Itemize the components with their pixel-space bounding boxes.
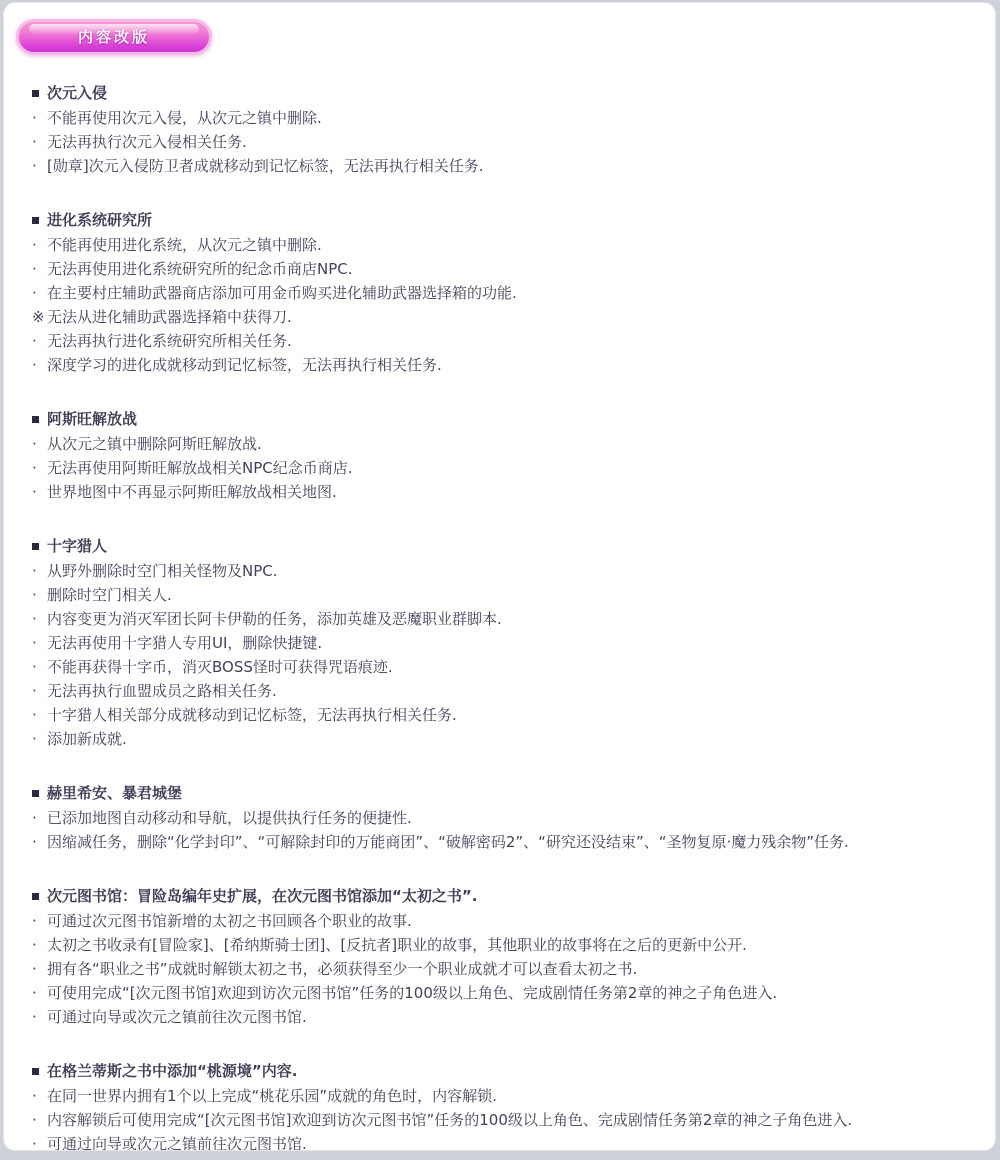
patch-line: · 不能再获得十字币，消灭BOSS怪时可获得咒语痕迹.: [32, 655, 975, 679]
section-title-row: 在格兰蒂斯之书中添加“桃源境”内容.: [32, 1059, 975, 1083]
bullet-marker: ·: [32, 257, 47, 281]
patch-section-4: 赫里希安、暴君城堡 · 已添加地图自动移动和导航，以提供执行任务的便捷性. · …: [32, 781, 975, 854]
bullet-marker: ※: [32, 305, 47, 329]
section-title: 阿斯旺解放战: [47, 407, 137, 431]
patch-line: · 添加新成就.: [32, 727, 975, 751]
patch-line-text: 无法再执行进化系统研究所相关任务.: [47, 329, 292, 353]
square-bullet-icon: [32, 217, 39, 224]
patch-section-5: 次元图书馆：冒险岛编年史扩展，在次元图书馆添加“太初之书”. · 可通过次元图书…: [32, 884, 975, 1029]
bullet-marker: ·: [32, 727, 47, 751]
patch-section-2: 阿斯旺解放战 · 从次元之镇中删除阿斯旺解放战. · 无法再使用阿斯旺解放战相关…: [32, 407, 975, 504]
patch-line: · 内容解锁后可使用完成“[次元图书馆]欢迎到访次元图书馆”任务的100级以上角…: [32, 1108, 975, 1132]
patch-line: · 无法再使用十字猎人专用UI，删除快捷键.: [32, 631, 975, 655]
bullet-marker: ·: [32, 909, 47, 933]
patch-line: · 因缩减任务，删除“化学封印”、“可解除封印的万能商团”、“破解密码2”、“研…: [32, 830, 975, 854]
patch-line-text: 内容解锁后可使用完成“[次元图书馆]欢迎到访次元图书馆”任务的100级以上角色、…: [47, 1108, 852, 1132]
patch-line-text: 从野外删除时空门相关怪物及NPC.: [47, 559, 278, 583]
bullet-marker: ·: [32, 233, 47, 257]
bullet-marker: ·: [32, 456, 47, 480]
patch-line-text: 无法从进化辅助武器选择箱中获得刀.: [47, 305, 292, 329]
patch-line-text: 十字猎人相关部分成就移动到记忆标签，无法再执行相关任务.: [47, 703, 457, 727]
content-revision-button[interactable]: 内容改版: [16, 19, 212, 55]
bullet-marker: ·: [32, 329, 47, 353]
patch-line: · 删除时空门相关人.: [32, 583, 975, 607]
patch-line-text: 无法再使用阿斯旺解放战相关NPC纪念币商店.: [47, 456, 353, 480]
bullet-marker: ·: [32, 106, 47, 130]
bullet-marker: ·: [32, 353, 47, 377]
patch-line: · 在主要村庄辅助武器商店添加可用金币购买进化辅助武器选择箱的功能.: [32, 281, 975, 305]
patch-line: · 从次元之镇中删除阿斯旺解放战.: [32, 432, 975, 456]
section-lines: · 从次元之镇中删除阿斯旺解放战. · 无法再使用阿斯旺解放战相关NPC纪念币商…: [32, 432, 975, 504]
section-title-row: 次元图书馆：冒险岛编年史扩展，在次元图书馆添加“太初之书”.: [32, 884, 975, 908]
patch-line-text: 可通过向导或次元之镇前往次元图书馆.: [47, 1132, 307, 1151]
bullet-marker: ·: [32, 583, 47, 607]
patch-line-text: 在同一世界内拥有1个以上完成“桃花乐园”成就的角色时，内容解锁.: [47, 1084, 497, 1108]
bullet-marker: ·: [32, 1108, 47, 1132]
patch-section-3: 十字猎人 · 从野外删除时空门相关怪物及NPC. · 删除时空门相关人. · 内…: [32, 534, 975, 751]
patch-line-text: 不能再使用次元入侵，从次元之镇中删除.: [47, 106, 322, 130]
content-revision-button-label: 内容改版: [19, 22, 209, 52]
patch-line-text: 无法再使用十字猎人专用UI，删除快捷键.: [47, 631, 322, 655]
patch-line: · 无法再执行次元入侵相关任务.: [32, 130, 975, 154]
patch-line: · 无法再使用阿斯旺解放战相关NPC纪念币商店.: [32, 456, 975, 480]
bullet-marker: ·: [32, 679, 47, 703]
section-title: 进化系统研究所: [47, 208, 152, 232]
patch-line-text: 删除时空门相关人.: [47, 583, 172, 607]
patch-section-1: 进化系统研究所 · 不能再使用进化系统，从次元之镇中删除. · 无法再使用进化系…: [32, 208, 975, 377]
patch-line-text: 可通过次元图书馆新增的太初之书回顾各个职业的故事.: [47, 909, 412, 933]
patch-line: · 无法再执行进化系统研究所相关任务.: [32, 329, 975, 353]
section-title: 次元入侵: [47, 81, 107, 105]
section-lines: · 从野外删除时空门相关怪物及NPC. · 删除时空门相关人. · 内容变更为消…: [32, 559, 975, 751]
section-title: 赫里希安、暴君城堡: [47, 781, 182, 805]
square-bullet-icon: [32, 1068, 39, 1075]
bullet-marker: ·: [32, 1132, 47, 1151]
bullet-marker: ·: [32, 130, 47, 154]
bullet-marker: ·: [32, 559, 47, 583]
patch-line-text: 不能再获得十字币，消灭BOSS怪时可获得咒语痕迹.: [47, 655, 393, 679]
patch-line: · 从野外删除时空门相关怪物及NPC.: [32, 559, 975, 583]
bullet-marker: ·: [32, 1005, 47, 1029]
patch-line-text: 拥有各“职业之书”成就时解锁太初之书，必须获得至少一个职业成就才可以查看太初之书…: [47, 957, 637, 981]
patch-line: · 无法再使用进化系统研究所的纪念币商店NPC.: [32, 257, 975, 281]
bullet-marker: ·: [32, 154, 47, 178]
bullet-marker: ·: [32, 281, 47, 305]
section-title-row: 次元入侵: [32, 81, 975, 105]
patch-line-text: 在主要村庄辅助武器商店添加可用金币购买进化辅助武器选择箱的功能.: [47, 281, 517, 305]
section-title: 十字猎人: [47, 534, 107, 558]
section-title-row: 阿斯旺解放战: [32, 407, 975, 431]
card-inner: 内容改版 次元入侵 · 不能再使用次元入侵，从次元之镇中删除. · 无法再执行次…: [4, 3, 995, 1151]
patch-line: · 无法再执行血盟成员之路相关任务.: [32, 679, 975, 703]
section-lines: · 不能再使用次元入侵，从次元之镇中删除. · 无法再执行次元入侵相关任务. ·…: [32, 106, 975, 178]
patch-section-0: 次元入侵 · 不能再使用次元入侵，从次元之镇中删除. · 无法再执行次元入侵相关…: [32, 81, 975, 178]
content-card: 内容改版 次元入侵 · 不能再使用次元入侵，从次元之镇中删除. · 无法再执行次…: [3, 2, 996, 1151]
section-title: 在格兰蒂斯之书中添加“桃源境”内容.: [47, 1059, 297, 1083]
bullet-marker: ·: [32, 655, 47, 679]
patch-line: · 世界地图中不再显示阿斯旺解放战相关地图.: [32, 480, 975, 504]
patch-line: · 太初之书收录有[冒险家]、[希纳斯骑士团]、[反抗者]职业的故事，其他职业的…: [32, 933, 975, 957]
bullet-marker: ·: [32, 806, 47, 830]
section-title: 次元图书馆：冒险岛编年史扩展，在次元图书馆添加“太初之书”.: [47, 884, 477, 908]
patch-line-text: 无法再使用进化系统研究所的纪念币商店NPC.: [47, 257, 353, 281]
patch-line-text: 已添加地图自动移动和导航，以提供执行任务的便捷性.: [47, 806, 412, 830]
bullet-marker: ·: [32, 957, 47, 981]
bullet-marker: ·: [32, 631, 47, 655]
patch-line-text: 太初之书收录有[冒险家]、[希纳斯骑士团]、[反抗者]职业的故事，其他职业的故事…: [47, 933, 747, 957]
bullet-marker: ·: [32, 703, 47, 727]
patch-line-text: 内容变更为消灭军团长阿卡伊勒的任务，添加英雄及恶魔职业群脚本.: [47, 607, 502, 631]
patch-line-text: [勋章]次元入侵防卫者成就移动到记忆标签，无法再执行相关任务.: [47, 154, 483, 178]
bullet-marker: ·: [32, 981, 47, 1005]
square-bullet-icon: [32, 90, 39, 97]
section-lines: · 可通过次元图书馆新增的太初之书回顾各个职业的故事. · 太初之书收录有[冒险…: [32, 909, 975, 1029]
patch-section-6: 在格兰蒂斯之书中添加“桃源境”内容. · 在同一世界内拥有1个以上完成“桃花乐园…: [32, 1059, 975, 1151]
patch-line: · 可使用完成“[次元图书馆]欢迎到访次元图书馆”任务的100级以上角色、完成剧…: [32, 981, 975, 1005]
bullet-marker: ·: [32, 432, 47, 456]
patch-line-text: 可通过向导或次元之镇前往次元图书馆.: [47, 1005, 307, 1029]
bullet-marker: ·: [32, 480, 47, 504]
section-title-row: 十字猎人: [32, 534, 975, 558]
patch-line-text: 从次元之镇中删除阿斯旺解放战.: [47, 432, 262, 456]
patch-line: · 内容变更为消灭军团长阿卡伊勒的任务，添加英雄及恶魔职业群脚本.: [32, 607, 975, 631]
patch-line-text: 不能再使用进化系统，从次元之镇中删除.: [47, 233, 322, 257]
patch-line-text: 无法再执行次元入侵相关任务.: [47, 130, 247, 154]
patch-line: · 拥有各“职业之书”成就时解锁太初之书，必须获得至少一个职业成就才可以查看太初…: [32, 957, 975, 981]
patch-line-text: 无法再执行血盟成员之路相关任务.: [47, 679, 277, 703]
section-title-row: 进化系统研究所: [32, 208, 975, 232]
patch-notes-list: 次元入侵 · 不能再使用次元入侵，从次元之镇中删除. · 无法再执行次元入侵相关…: [16, 81, 975, 1151]
patch-line-text: 世界地图中不再显示阿斯旺解放战相关地图.: [47, 480, 337, 504]
patch-line-text: 深度学习的进化成就移动到记忆标签，无法再执行相关任务.: [47, 353, 442, 377]
bullet-marker: ·: [32, 830, 47, 854]
bullet-marker: ·: [32, 933, 47, 957]
patch-line-text: 可使用完成“[次元图书馆]欢迎到访次元图书馆”任务的100级以上角色、完成剧情任…: [47, 981, 777, 1005]
patch-line: · 深度学习的进化成就移动到记忆标签，无法再执行相关任务.: [32, 353, 975, 377]
patch-line: · 可通过向导或次元之镇前往次元图书馆.: [32, 1005, 975, 1029]
bullet-marker: ·: [32, 607, 47, 631]
patch-line: · 已添加地图自动移动和导航，以提供执行任务的便捷性.: [32, 806, 975, 830]
patch-line: · 可通过向导或次元之镇前往次元图书馆.: [32, 1132, 975, 1151]
section-lines: · 不能再使用进化系统，从次元之镇中删除. · 无法再使用进化系统研究所的纪念币…: [32, 233, 975, 377]
patch-line: · 十字猎人相关部分成就移动到记忆标签，无法再执行相关任务.: [32, 703, 975, 727]
patch-line-text: 因缩减任务，删除“化学封印”、“可解除封印的万能商团”、“破解密码2”、“研究还…: [47, 830, 849, 854]
section-title-row: 赫里希安、暴君城堡: [32, 781, 975, 805]
section-lines: · 在同一世界内拥有1个以上完成“桃花乐园”成就的角色时，内容解锁. · 内容解…: [32, 1084, 975, 1151]
square-bullet-icon: [32, 790, 39, 797]
patch-line: · 不能再使用进化系统，从次元之镇中删除.: [32, 233, 975, 257]
section-lines: · 已添加地图自动移动和导航，以提供执行任务的便捷性. · 因缩减任务，删除“化…: [32, 806, 975, 854]
patch-line: ※ 无法从进化辅助武器选择箱中获得刀.: [32, 305, 975, 329]
bullet-marker: ·: [32, 1084, 47, 1108]
patch-line-text: 添加新成就.: [47, 727, 127, 751]
square-bullet-icon: [32, 416, 39, 423]
patch-line: · 不能再使用次元入侵，从次元之镇中删除.: [32, 106, 975, 130]
square-bullet-icon: [32, 543, 39, 550]
square-bullet-icon: [32, 893, 39, 900]
patch-line: · [勋章]次元入侵防卫者成就移动到记忆标签，无法再执行相关任务.: [32, 154, 975, 178]
patch-line: · 可通过次元图书馆新增的太初之书回顾各个职业的故事.: [32, 909, 975, 933]
patch-line: · 在同一世界内拥有1个以上完成“桃花乐园”成就的角色时，内容解锁.: [32, 1084, 975, 1108]
